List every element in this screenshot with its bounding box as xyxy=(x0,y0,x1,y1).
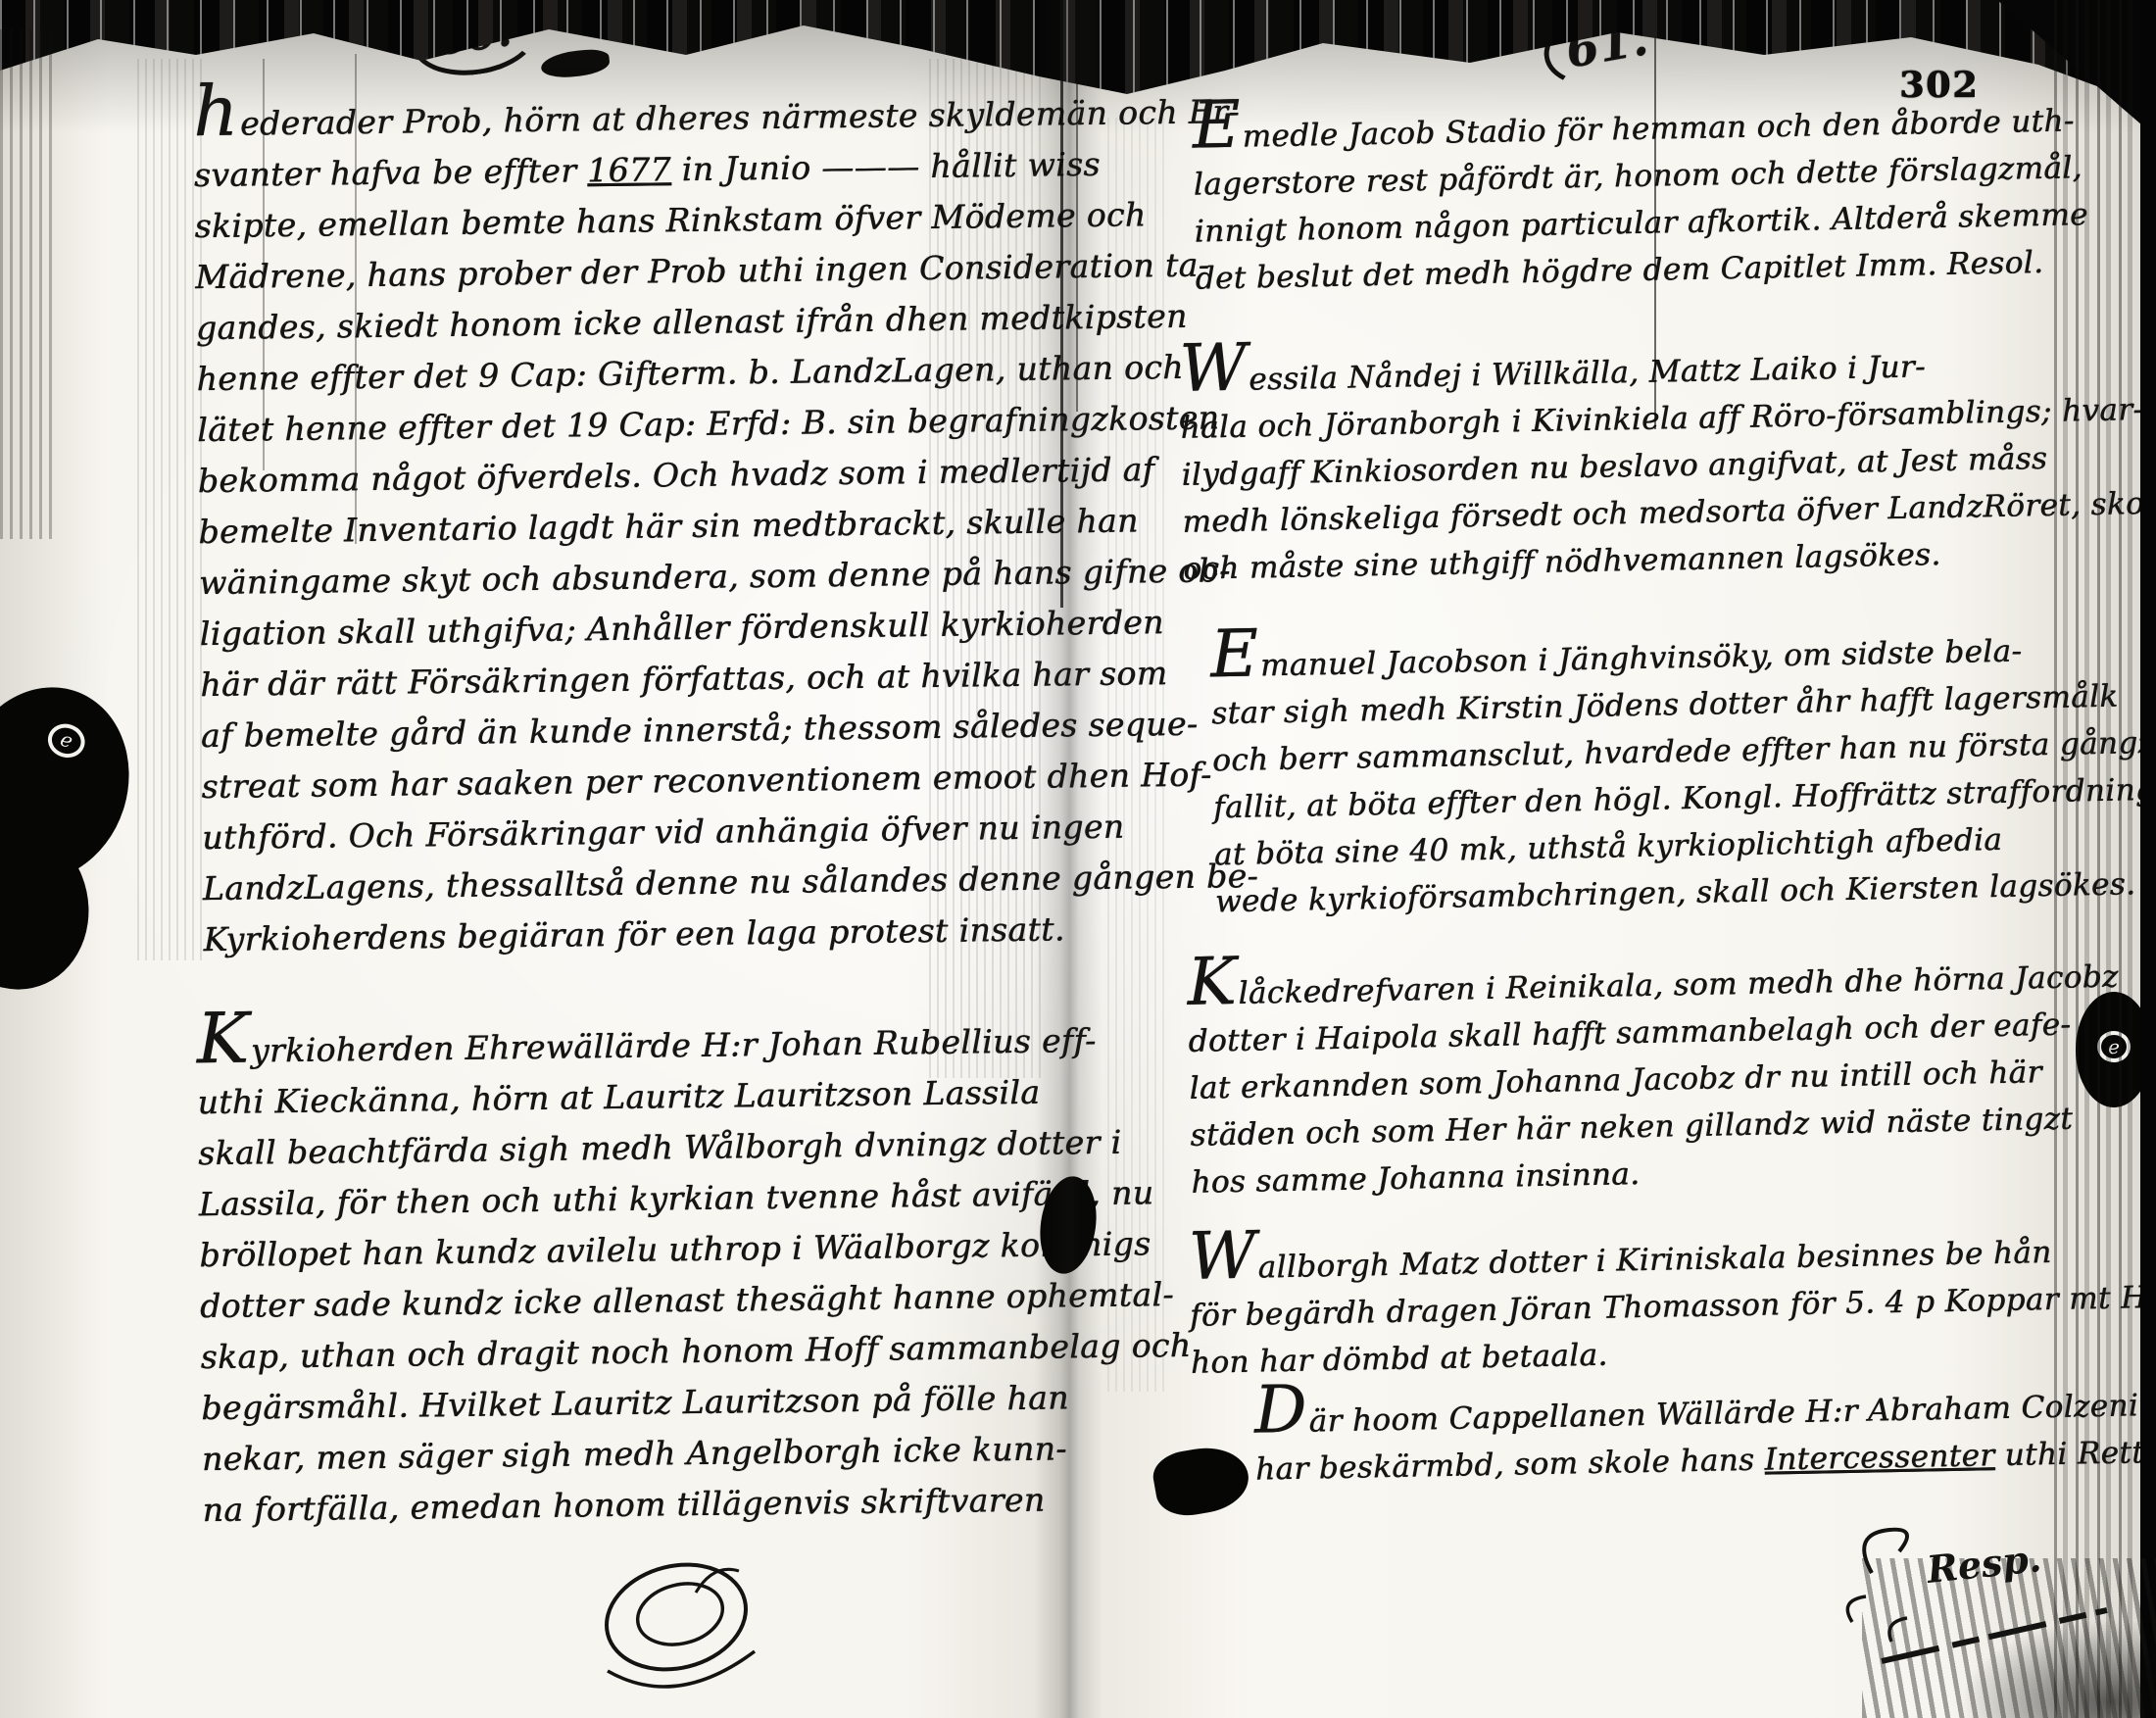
right-paragraph-4: Klåckedrefvaren i Reinikala, som medh dh… xyxy=(1157,953,2131,1206)
signature-flourish-left xyxy=(578,1524,774,1704)
right-paragraph-6: Där hoom Cappellanen Wällärde H:r Abraha… xyxy=(1166,1382,2138,1495)
right-paragraph-2: Wessila Nåndej i Willkälla, Mattz Laiko … xyxy=(1146,340,2120,594)
scan-streaks xyxy=(1107,118,1166,1392)
right-paragraph-3: Emanuel Jacobson i Jänghvinsöky, om sids… xyxy=(1151,626,2127,927)
book-gutter xyxy=(1034,0,1102,1718)
right-page: Emedle Jacob Stadio för hemman och den å… xyxy=(1142,97,2138,1496)
left-paragraph-2: Kyrkioherden Ehrewällärde H:r Johan Rube… xyxy=(158,1015,1080,1536)
page-corner-bottom-right xyxy=(1862,1558,2156,1718)
book-gutter-line xyxy=(1060,0,1063,608)
page-edge-left-streaks xyxy=(0,29,54,539)
scan-streaks xyxy=(137,59,206,960)
ink-blot-swirl: e xyxy=(43,719,89,762)
scan-streaks xyxy=(929,59,1047,1078)
manuscript-scan: 60. 61. 302 hederader Prob, hörn at dher… xyxy=(0,0,2156,1718)
page-edge-right-streaks xyxy=(2054,0,2144,1718)
right-paragraph-5: Wallborgh Matz dotter i Kiriniskala besi… xyxy=(1163,1227,2136,1387)
page-edge-right xyxy=(2140,0,2156,1718)
book-gutter-line xyxy=(1076,0,1078,412)
